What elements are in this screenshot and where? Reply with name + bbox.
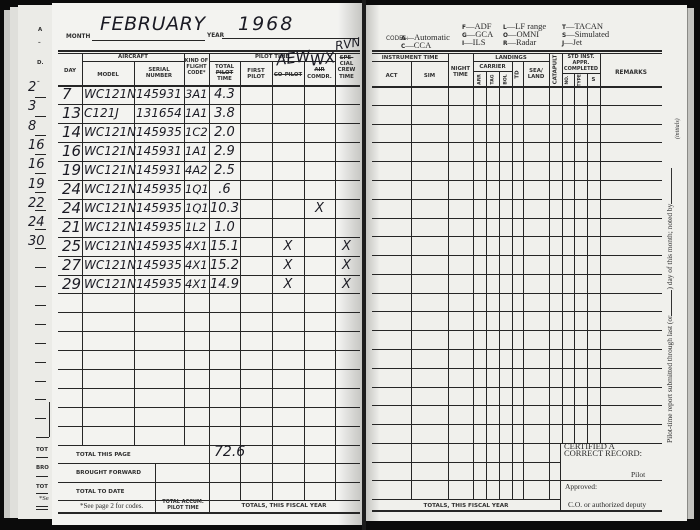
cell-day (58, 369, 82, 388)
cell-total (209, 388, 240, 407)
header-serial-number: SERIAL NUMBER (142, 67, 176, 80)
cell-model (82, 350, 134, 369)
cell-model: WC121N (82, 275, 134, 294)
cell-serial: 145935 (134, 275, 184, 294)
header-sim: SIM (411, 73, 448, 79)
note-text-part2: ) day of this month; noted by (665, 204, 674, 290)
note-text-part1: Pilot-time report submitted through last… (665, 316, 674, 443)
margin-day-number: 8 (28, 119, 36, 134)
cell-first-pilot (240, 237, 272, 256)
grid-line-horizontal (372, 255, 662, 256)
cell-total (209, 312, 240, 331)
cell-rvn (335, 161, 358, 180)
cell-model: WC121N (82, 180, 134, 199)
cell-total: 14.9 (209, 275, 240, 294)
grid-line-horizontal (36, 506, 48, 507)
cell-total: 2.0 (209, 123, 240, 142)
cell-rvn (335, 426, 358, 445)
grid-line-vertical (49, 402, 50, 437)
cell-aew (272, 426, 304, 445)
cell-rvn (335, 199, 358, 218)
code-meaning: CCA (414, 40, 431, 50)
grid-line-vertical (473, 53, 474, 499)
cell-wx (304, 218, 335, 237)
cell-serial: 145935 (134, 256, 184, 275)
grid-line-horizontal (35, 229, 46, 230)
cell-first-pilot (240, 426, 272, 445)
cell-wx (304, 312, 335, 331)
cell-serial: 145931 (134, 142, 184, 161)
total-to-date-label: TOTAL TO DATE (76, 489, 125, 495)
cell-total (209, 369, 240, 388)
cell-total: 4.3 (209, 85, 240, 104)
cell-first-pilot (240, 407, 272, 426)
cell-kind: 1A1 (184, 142, 209, 161)
margin-fragment: – (38, 40, 41, 46)
cell-day: 24 (58, 180, 82, 199)
cell-wx (304, 142, 335, 161)
cell-serial: 145931 (134, 161, 184, 180)
margin-fragment: D. (37, 60, 44, 66)
cell-rvn (335, 369, 358, 388)
header-day: DAY (58, 68, 82, 74)
cell-day (58, 350, 82, 369)
grid-line-horizontal (372, 142, 662, 143)
grid-line-horizontal (372, 480, 662, 481)
cell-rvn (335, 407, 358, 426)
table-row: 13C121J1316541A13.8 (58, 104, 358, 123)
cell-kind (184, 369, 209, 388)
grid-line-horizontal (372, 105, 662, 106)
grid-line-horizontal (372, 462, 560, 463)
table-row: 14WC121N1459351C22.0 (58, 123, 358, 142)
margin-day-number: 24 (28, 215, 45, 230)
cell-wx (304, 350, 335, 369)
cell-wx (304, 123, 335, 142)
table-row: 19WC121N1459314A22.5 (58, 161, 358, 180)
header-first-pilot: FIRST PILOT (242, 68, 270, 81)
cell-first-pilot (240, 388, 272, 407)
margin-day-number: 3 (28, 99, 36, 114)
cell-rvn (335, 123, 358, 142)
cell-aew (272, 312, 304, 331)
code-dash: — (507, 37, 516, 47)
cell-wx (304, 275, 335, 294)
cell-serial: 145935 (134, 199, 184, 218)
cell-model (82, 388, 134, 407)
cell-first-pilot (240, 312, 272, 331)
grid-line-horizontal (372, 311, 662, 312)
cell-first-pilot (240, 85, 272, 104)
header-act: ACT (372, 73, 411, 79)
margin-day-number: 2 (28, 80, 36, 95)
grid-line-horizontal (372, 368, 662, 369)
cell-serial: 131654 (134, 104, 184, 123)
cell-total: 10.3 (209, 199, 240, 218)
cell-serial (134, 388, 184, 407)
header-bol: BOL (499, 72, 512, 86)
cell-wx (304, 180, 335, 199)
cell-serial (134, 350, 184, 369)
cell-kind: 1Q1 (184, 199, 209, 218)
header-instrument-time: INSTRUMENT TIME (372, 55, 448, 61)
cell-first-pilot (240, 350, 272, 369)
header-td: TD (512, 62, 523, 86)
grid-line-horizontal (35, 248, 46, 249)
cell-day (58, 407, 82, 426)
grid-line-horizontal (372, 236, 662, 237)
cell-model: WC121N (82, 218, 134, 237)
table-row (58, 369, 358, 388)
grid-line-horizontal (372, 443, 662, 444)
grid-line-vertical (448, 53, 449, 499)
cell-total (209, 350, 240, 369)
cell-kind: 4X1 (184, 237, 209, 256)
cell-day: 19 (58, 161, 82, 180)
grid-line-horizontal (372, 510, 662, 512)
grid-line-horizontal (35, 135, 46, 136)
approved-label: Approved: (565, 482, 597, 491)
grid-line-horizontal (35, 418, 46, 419)
cell-kind (184, 388, 209, 407)
cell-rvn (335, 350, 358, 369)
note-blank-initials (665, 168, 672, 204)
grid-line-horizontal (372, 330, 662, 331)
grid-line-horizontal (35, 116, 46, 117)
grid-line-horizontal (35, 173, 46, 174)
grid-line-vertical (499, 71, 500, 499)
margin-day-number: 30 (28, 234, 45, 249)
year-value: 1968 (238, 13, 294, 35)
certified-label-line2: CORRECT RECORD: (564, 449, 642, 457)
cell-aew: X (272, 237, 304, 256)
cell-serial: 145935 (134, 237, 184, 256)
cell-rvn: X (335, 275, 358, 294)
cell-day (58, 388, 82, 407)
cell-first-pilot (240, 218, 272, 237)
grid-line-horizontal (372, 199, 662, 200)
grid-line-horizontal (372, 405, 662, 406)
cell-aew (272, 161, 304, 180)
table-row: 7WC121N1459313A14.3 (58, 85, 358, 104)
cell-kind: 1Q1 (184, 180, 209, 199)
cell-model (82, 369, 134, 388)
cell-model: WC121N (82, 85, 134, 104)
grid-line-horizontal (372, 387, 662, 388)
cell-kind: 4X1 (184, 256, 209, 275)
margin-day-number: 16 (28, 138, 45, 153)
cell-rvn: X (335, 237, 358, 256)
grid-line-horizontal (82, 61, 184, 62)
grid-line-vertical (523, 61, 524, 499)
cell-first-pilot (240, 275, 272, 294)
code-meaning: Jet (573, 37, 582, 47)
cell-wx: X (304, 199, 335, 218)
margin-fragment: A (38, 27, 42, 33)
cell-wx (304, 293, 335, 312)
table-row: 29WC121N1459354X114.9XX (58, 275, 358, 294)
cell-aew (272, 369, 304, 388)
code-item: R—Radar (503, 38, 536, 48)
cell-total (209, 293, 240, 312)
cell-rvn (335, 293, 358, 312)
cell-aew (272, 388, 304, 407)
cell-first-pilot (240, 123, 272, 142)
grid-line-horizontal (372, 218, 662, 219)
header-remarks: REMARKS (600, 70, 662, 76)
cell-model (82, 312, 134, 331)
header-sea-land: SEA/ LAND (524, 68, 548, 81)
grid-line-vertical (562, 53, 563, 443)
cell-total: 1.0 (209, 218, 240, 237)
cell-kind (184, 312, 209, 331)
cell-day: 27 (58, 256, 82, 275)
header-aircraft: AIRCRAFT (82, 54, 184, 60)
cell-total: 2.5 (209, 161, 240, 180)
cell-day: 24 (58, 199, 82, 218)
table-row: 25WC121N1459354X115.1XX (58, 237, 358, 256)
cell-first-pilot (240, 199, 272, 218)
grid-line-horizontal (36, 509, 48, 510)
cell-total (209, 426, 240, 445)
cell-wx (304, 407, 335, 426)
grid-line-horizontal (36, 493, 48, 494)
cell-wx (304, 237, 335, 256)
codes-note: *See page 2 for codes. (80, 502, 143, 510)
cell-wx (304, 369, 335, 388)
header-type: TYPE (574, 75, 587, 87)
cell-serial (134, 293, 184, 312)
grid-line-horizontal (35, 210, 46, 211)
cell-day (58, 331, 82, 350)
cell-day: 14 (58, 123, 82, 142)
grid-line-horizontal (35, 343, 46, 344)
code-dash: — (405, 40, 414, 50)
cell-day: 7 (58, 85, 82, 104)
cell-wx (304, 85, 335, 104)
cell-first-pilot (240, 161, 272, 180)
cell-wx (304, 104, 335, 123)
grid-line-vertical (587, 73, 588, 443)
grid-line-horizontal (58, 512, 360, 514)
month-underline (92, 40, 205, 41)
margin-fragment: *Se (39, 495, 49, 502)
grid-line-horizontal (372, 293, 662, 294)
table-row (58, 350, 358, 369)
header-s: S (587, 77, 600, 83)
grid-line-horizontal (372, 349, 662, 350)
code-dash: — (564, 37, 573, 47)
table-row (58, 426, 358, 445)
grid-line-vertical (411, 61, 412, 499)
cell-aew (272, 331, 304, 350)
cell-wx (304, 426, 335, 445)
grid-line-horizontal (372, 499, 560, 500)
cell-serial (134, 426, 184, 445)
grid-line-horizontal (35, 399, 46, 400)
cell-day (58, 293, 82, 312)
cell-kind (184, 426, 209, 445)
cell-first-pilot (240, 331, 272, 350)
cell-serial (134, 312, 184, 331)
cell-aew (272, 293, 304, 312)
grid-line-horizontal (35, 324, 46, 325)
cell-model: WC121N (82, 237, 134, 256)
grid-line-horizontal (35, 305, 46, 306)
cell-rvn: X (335, 256, 358, 275)
cell-rvn (335, 85, 358, 104)
grid-line-vertical (155, 463, 156, 512)
grid-line-vertical (560, 443, 561, 512)
cell-wx (304, 331, 335, 350)
table-row: 24WC121N1459351Q1.6 (58, 180, 358, 199)
code-meaning: ILS (473, 37, 486, 47)
grid-line-horizontal (36, 457, 48, 458)
cell-aew (272, 199, 304, 218)
grid-line-vertical (549, 53, 550, 499)
grid-line-vertical (574, 73, 575, 443)
grid-line-horizontal (372, 50, 662, 52)
cell-first-pilot (240, 369, 272, 388)
cell-serial (134, 331, 184, 350)
cell-first-pilot (240, 180, 272, 199)
header-wx-handwritten: WX (309, 48, 336, 69)
grid-line-vertical (600, 53, 601, 443)
cell-total: .6 (209, 180, 240, 199)
cell-kind: 4X1 (184, 275, 209, 294)
cell-day (58, 312, 82, 331)
cell-first-pilot (240, 142, 272, 161)
cell-aew (272, 218, 304, 237)
cell-wx (304, 161, 335, 180)
table-row (58, 312, 358, 331)
grid-line-horizontal (35, 97, 46, 98)
grid-line-horizontal (372, 124, 662, 125)
pilot-time-report-note: Pilot-time report submitted through last… (665, 113, 675, 443)
grid-line-horizontal (372, 424, 662, 425)
grid-line-horizontal (372, 53, 662, 54)
cell-aew (272, 123, 304, 142)
header-carrier: CARRIER (473, 64, 512, 70)
right-fiscal-year-totals-label: TOTALS, THIS FISCAL YEAR (372, 503, 560, 509)
cell-kind (184, 293, 209, 312)
cell-aew (272, 104, 304, 123)
cell-kind: 1L2 (184, 218, 209, 237)
header-catapult: CATAPULT (549, 52, 562, 86)
margin-fragment: TOT (36, 484, 48, 490)
margin-fragment: – (37, 79, 40, 85)
cell-model: WC121N (82, 161, 134, 180)
cell-total: 15.2 (209, 256, 240, 275)
cell-total: 2.9 (209, 142, 240, 161)
table-row (58, 331, 358, 350)
page-stack-edge (687, 8, 694, 519)
cell-wx (304, 256, 335, 275)
cell-total (209, 331, 240, 350)
note-blank-day (665, 290, 672, 316)
cell-day (58, 426, 82, 445)
cell-model: WC121N (82, 123, 134, 142)
cell-total (209, 407, 240, 426)
cell-aew: X (272, 256, 304, 275)
cell-first-pilot (240, 293, 272, 312)
code-item: J—Jet (562, 38, 582, 48)
cell-aew (272, 407, 304, 426)
cell-kind: 1A1 (184, 104, 209, 123)
cell-day: 13 (58, 104, 82, 123)
grid-line-horizontal (372, 180, 662, 181)
cell-rvn (335, 180, 358, 199)
cell-total: 15.1 (209, 237, 240, 256)
grid-line-vertical (512, 61, 513, 499)
initials-label: (initials) (674, 109, 682, 139)
grid-line-horizontal (372, 161, 662, 162)
cell-model: C121J (82, 104, 134, 123)
cell-rvn (335, 388, 358, 407)
cell-model: WC121N (82, 142, 134, 161)
cell-serial (134, 407, 184, 426)
grid-line-horizontal (36, 476, 48, 477)
table-row: 16WC121N1459311A12.9 (58, 142, 358, 161)
cell-serial: 145931 (134, 85, 184, 104)
code-dash: — (464, 37, 473, 47)
grid-line-vertical (486, 71, 487, 499)
cell-model: WC121N (82, 199, 134, 218)
header-special-crew-time: CIAL CREW TIME (337, 61, 356, 80)
header-model: MODEL (82, 72, 134, 78)
grid-line-horizontal (372, 274, 662, 275)
cell-kind: 3A1 (184, 85, 209, 104)
month-label: MONTH (66, 34, 90, 40)
code-item: I—ILS (462, 38, 485, 48)
grid-line-horizontal (35, 192, 46, 193)
margin-day-number: 16 (28, 157, 45, 172)
header-arr: ARR (473, 72, 486, 86)
cell-model (82, 426, 134, 445)
cell-day: 16 (58, 142, 82, 161)
header-landings: LANDINGS (473, 55, 549, 61)
total-this-page-label: TOTAL THIS PAGE (76, 452, 131, 458)
cell-day: 29 (58, 275, 82, 294)
header-night-time: NIGHT TIME (449, 66, 472, 79)
cell-serial: 145935 (134, 123, 184, 142)
table-row: 21WC121N1459351L21.0 (58, 218, 358, 237)
header-tag: TAG (486, 72, 499, 86)
header-kind-of-flight-code: KIND OF FLIGHT CODE* (184, 58, 209, 76)
cell-aew (272, 85, 304, 104)
cell-rvn (335, 104, 358, 123)
header-co-pilot-struck: CO-PILOT (272, 72, 304, 78)
cell-day: 25 (58, 237, 82, 256)
cell-kind (184, 407, 209, 426)
co-signature-label: C.O. or authorized deputy (568, 500, 646, 509)
table-row (58, 388, 358, 407)
cell-kind: 1C2 (184, 123, 209, 142)
cell-rvn (335, 331, 358, 350)
margin-fragment: BRO (36, 465, 49, 471)
grid-line-horizontal (35, 362, 46, 363)
grid-line-horizontal (35, 381, 46, 382)
cell-model (82, 331, 134, 350)
table-row (58, 407, 358, 426)
cell-serial: 145935 (134, 180, 184, 199)
grid-line-horizontal (35, 154, 46, 155)
grid-line-horizontal (36, 437, 49, 438)
cell-aew: X (272, 275, 304, 294)
cell-first-pilot (240, 256, 272, 275)
cell-aew (272, 142, 304, 161)
table-row: 24WC121N1459351Q110.3X (58, 199, 358, 218)
